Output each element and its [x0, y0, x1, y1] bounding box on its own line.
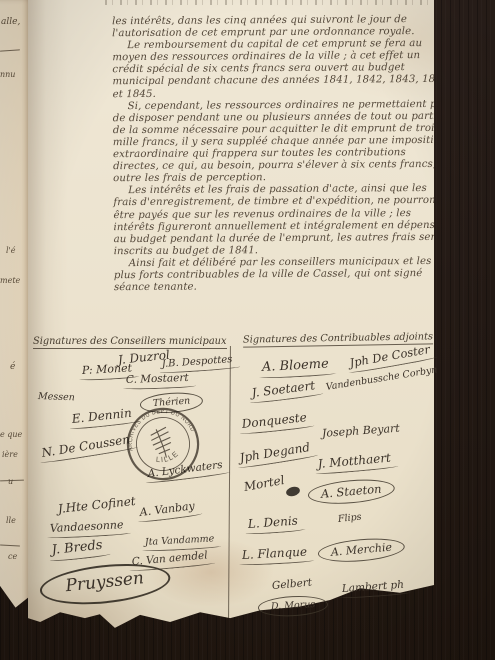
signature: Messen: [38, 391, 75, 403]
signature: L. Denis: [247, 514, 298, 535]
paragraph: les intérêts, dans les cinq années qui s…: [112, 14, 452, 41]
photo-of-manuscript: alle, nnu l'é mete é e que ière u lle ce…: [0, 0, 495, 660]
margin-text-fragment: lle: [6, 516, 16, 525]
margin-text-fragment: alle,: [1, 17, 20, 27]
cropped-text-line: [105, 0, 430, 5]
margin-text-fragment: nnu: [0, 70, 15, 79]
signature: L. Flanque: [242, 545, 308, 566]
paragraph: Le remboursement du capital de cet empru…: [112, 38, 452, 101]
stroke-fragment: [0, 49, 20, 52]
margin-text-fragment: e que: [0, 430, 22, 439]
margin-text-fragment: u: [8, 477, 13, 486]
signature: C. Mostaert: [126, 372, 189, 390]
left-column-header: Signatures des Conseillers municipaux: [33, 336, 227, 349]
paragraph: Si, cependant, les ressources ordinaires…: [113, 98, 454, 185]
previous-page-edge: alle, nnu l'é mete é e que ière u lle ce: [0, 0, 31, 620]
paragraph: Ainsi fait et délibéré par les conseille…: [114, 256, 454, 295]
signature: Lambert ph: [341, 579, 404, 599]
deliberation-text: les intérêts, dans les cinq années qui s…: [112, 14, 454, 295]
margin-text-fragment: l'é: [6, 246, 16, 255]
paragraph: Les intérêts et les frais de passation d…: [113, 183, 453, 258]
signature: A. Bloeme: [262, 357, 330, 379]
margin-text-fragment: ière: [2, 450, 18, 459]
margin-text-fragment: ce: [8, 552, 17, 561]
margin-text-fragment: é: [10, 362, 15, 372]
margin-text-fragment: mete: [0, 276, 20, 285]
stroke-fragment: [0, 544, 20, 546]
